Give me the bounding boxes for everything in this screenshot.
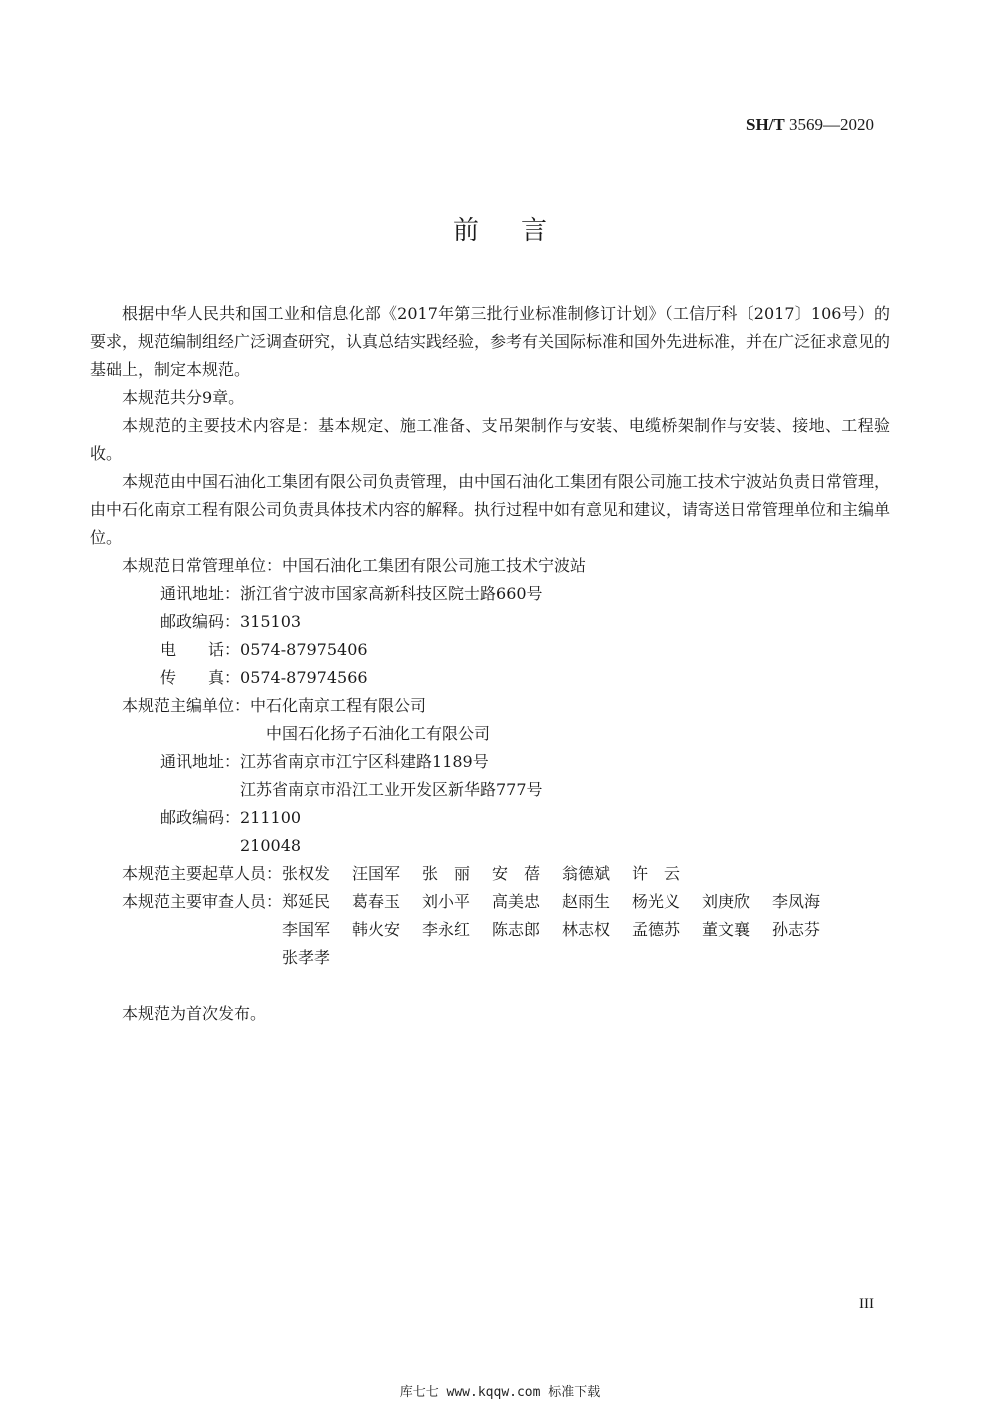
drafters-label: 本规范主要起草人员： bbox=[122, 860, 282, 888]
postcode-label: 邮政编码： bbox=[160, 804, 240, 832]
phone-label: 电 话： bbox=[160, 636, 240, 664]
management-unit-name: 中国石油化工集团有限公司施工技术宁波站 bbox=[282, 552, 586, 580]
reviewer-name: 李国军 bbox=[282, 916, 352, 944]
page-number: III bbox=[859, 1296, 874, 1313]
reviewers-names-2: 李国军 韩火安 李永红 陈志郎 林志权 孟德苏 董文襄 孙志芬 bbox=[282, 916, 842, 944]
reviewers-row-3: 张孝孝 bbox=[90, 944, 890, 972]
reviewer-name: 葛春玉 bbox=[352, 888, 422, 916]
reviewer-name: 李凤海 bbox=[772, 888, 842, 916]
address-value: 浙江省宁波市国家高新科技区院士路660号 bbox=[240, 580, 543, 608]
drafters-names: 张权发 汪国军 张 丽 安 蓓 翁德斌 许 云 bbox=[282, 860, 702, 888]
page-title: 前言 bbox=[0, 210, 1000, 247]
chief-postcode-row: 邮政编码： 211100 bbox=[90, 804, 890, 832]
management-unit-label: 本规范日常管理单位： bbox=[122, 552, 282, 580]
management-postcode-row: 邮政编码： 315103 bbox=[90, 608, 890, 636]
reviewer-name: 张孝孝 bbox=[282, 944, 352, 972]
management-fax-row: 传 真： 0574-87974566 bbox=[90, 664, 890, 692]
reviewer-name: 孙志芬 bbox=[772, 916, 842, 944]
reviewer-name: 李永红 bbox=[422, 916, 492, 944]
paragraph-basis: 根据中华人民共和国工业和信息化部《2017年第三批行业标准制修订计划》（工信厅科… bbox=[90, 300, 890, 384]
drafter-name: 张 丽 bbox=[422, 860, 492, 888]
chief-editor-name-1: 中石化南京工程有限公司 bbox=[250, 692, 426, 720]
reviewer-name: 董文襄 bbox=[702, 916, 772, 944]
reviewer-name: 郑延民 bbox=[282, 888, 352, 916]
drafter-name: 安 蓓 bbox=[492, 860, 562, 888]
reviewer-name: 赵雨生 bbox=[562, 888, 632, 916]
standard-number: SH/T 3569—2020 bbox=[746, 115, 874, 135]
chief-editor-name-2: 中国石化扬子石油化工有限公司 bbox=[266, 720, 490, 748]
postcode-value-2: 210048 bbox=[240, 832, 301, 860]
phone-value: 0574-87975406 bbox=[240, 636, 368, 664]
chief-editor-row-2: 中国石化扬子石油化工有限公司 bbox=[90, 720, 890, 748]
reviewers-names-1: 郑延民 葛春玉 刘小平 高美忠 赵雨生 杨光义 刘庚欣 李凤海 bbox=[282, 888, 842, 916]
address-value-1: 江苏省南京市江宁区科建路1189号 bbox=[240, 748, 489, 776]
address-label: 通讯地址： bbox=[160, 580, 240, 608]
drafters-row: 本规范主要起草人员： 张权发 汪国军 张 丽 安 蓓 翁德斌 许 云 bbox=[90, 860, 890, 888]
reviewer-name: 刘庚欣 bbox=[702, 888, 772, 916]
reviewers-row: 本规范主要审查人员： 郑延民 葛春玉 刘小平 高美忠 赵雨生 杨光义 刘庚欣 李… bbox=[90, 888, 890, 916]
reviewers-row-2: 李国军 韩火安 李永红 陈志郎 林志权 孟德苏 董文襄 孙志芬 bbox=[90, 916, 890, 944]
fax-value: 0574-87974566 bbox=[240, 664, 368, 692]
drafter-name: 张权发 bbox=[282, 860, 352, 888]
management-phone-row: 电 话： 0574-87975406 bbox=[90, 636, 890, 664]
reviewers-names-3: 张孝孝 bbox=[282, 944, 352, 972]
closing-row: 本规范为首次发布。 bbox=[90, 1000, 890, 1028]
closing-statement: 本规范为首次发布。 bbox=[122, 1000, 266, 1028]
paragraph-chapters: 本规范共分9章。 bbox=[90, 384, 890, 412]
paragraph-management: 本规范由中国石油化工集团有限公司负责管理，由中国石油化工集团有限公司施工技术宁波… bbox=[90, 468, 890, 552]
reviewer-name: 林志权 bbox=[562, 916, 632, 944]
address-label: 通讯地址： bbox=[160, 748, 240, 776]
postcode-value: 315103 bbox=[240, 608, 301, 636]
fax-label: 传 真： bbox=[160, 664, 240, 692]
management-address-row: 通讯地址： 浙江省宁波市国家高新科技区院士路660号 bbox=[90, 580, 890, 608]
chief-editor-row: 本规范主编单位： 中石化南京工程有限公司 bbox=[90, 692, 890, 720]
reviewer-name: 杨光义 bbox=[632, 888, 702, 916]
drafter-name: 许 云 bbox=[632, 860, 702, 888]
spacer bbox=[90, 972, 890, 1000]
document-body: 根据中华人民共和国工业和信息化部《2017年第三批行业标准制修订计划》（工信厅科… bbox=[90, 300, 890, 1028]
reviewer-name: 孟德苏 bbox=[632, 916, 702, 944]
chief-editor-label: 本规范主编单位： bbox=[122, 692, 250, 720]
address-value-2: 江苏省南京市沿江工业开发区新华路777号 bbox=[240, 776, 543, 804]
reviewer-name: 刘小平 bbox=[422, 888, 492, 916]
chief-address-row-2: 江苏省南京市沿江工业开发区新华路777号 bbox=[90, 776, 890, 804]
standard-prefix: SH/T bbox=[746, 115, 785, 134]
postcode-label: 邮政编码： bbox=[160, 608, 240, 636]
watermark-footer: 库七七 www.kqqw.com 标准下载 bbox=[0, 1381, 1000, 1400]
chief-address-row: 通讯地址： 江苏省南京市江宁区科建路1189号 bbox=[90, 748, 890, 776]
reviewers-label: 本规范主要审查人员： bbox=[122, 888, 282, 916]
standard-code: 3569—2020 bbox=[785, 115, 874, 134]
reviewer-name: 陈志郎 bbox=[492, 916, 562, 944]
drafter-name: 翁德斌 bbox=[562, 860, 632, 888]
paragraph-contents: 本规范的主要技术内容是：基本规定、施工准备、支吊架制作与安装、电缆桥架制作与安装… bbox=[90, 412, 890, 468]
drafter-name: 汪国军 bbox=[352, 860, 422, 888]
postcode-value-1: 211100 bbox=[240, 804, 301, 832]
chief-postcode-row-2: 210048 bbox=[90, 832, 890, 860]
reviewer-name: 高美忠 bbox=[492, 888, 562, 916]
management-unit-row: 本规范日常管理单位： 中国石油化工集团有限公司施工技术宁波站 bbox=[90, 552, 890, 580]
reviewer-name: 韩火安 bbox=[352, 916, 422, 944]
